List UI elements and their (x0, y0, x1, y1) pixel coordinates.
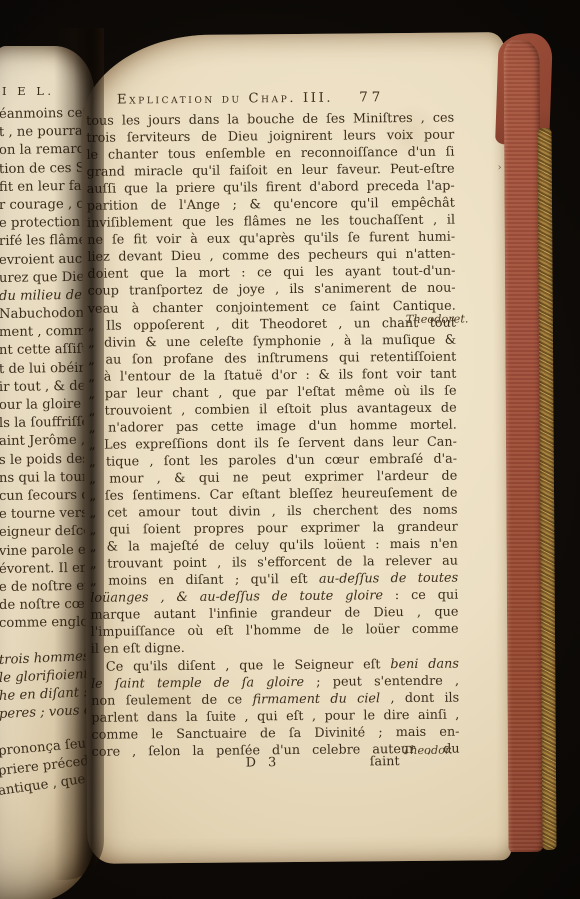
left-page-text-fragment: t de lui obéir ; m (0, 359, 94, 379)
left-page-text-fragment: our la gloire de le (0, 396, 94, 416)
catchword: ſaint (370, 753, 400, 770)
left-page-text-fragment: on la remarque d'u (0, 141, 94, 161)
left-page-text-fragment: évorent. Il emp (0, 559, 94, 579)
left-page-text-fragment: ir tout , & de ſe (0, 377, 94, 397)
right-page: Explication du Chap. III. 77 tous les jo… (80, 32, 511, 864)
left-page-text-fragment: e de noſtre enne (0, 578, 94, 598)
left-page-text-fragment: fit en leur faveur , c (0, 177, 94, 197)
left-page-text-fragment: ls la ſouffriſſent. (0, 414, 94, 434)
page-number: 77 (359, 89, 384, 105)
left-page-text-fragment: vine parole effe (0, 541, 94, 561)
left-page: I E L. éanmoins cette eſpt , ne pourra l… (0, 46, 94, 899)
margin-mark: › (498, 162, 502, 173)
running-title: Explication du Chap. III. (117, 91, 333, 108)
left-page-text-fragment: cun ſecours de (0, 487, 94, 507)
signature-line: D 3 ſaint (92, 753, 460, 773)
left-page-text-fragment: r courage , comm (0, 196, 94, 216)
right-page-text-block: tous les jours dans la bouche de ſes Min… (86, 110, 460, 761)
left-page-text-fragment: s le poids des te (0, 450, 94, 470)
left-page-text-fragment: eigneur deſcend (0, 523, 94, 543)
left-page-text-fragment: tion de ces Saints h (0, 159, 94, 179)
left-page-text-fragment: t , ne pourra leur r (0, 123, 94, 143)
left-page-text-fragment: rifé les flâmes qu (0, 232, 94, 252)
signature-mark: D 3 (246, 754, 281, 771)
margin-note-theodoret: Theodoret. (406, 312, 469, 326)
left-page-text-fragment: evroient aucun m (0, 250, 94, 270)
left-page-text-fragment: urez que Dieu éto (0, 268, 94, 288)
left-page-text-column: éanmoins cette eſpt , ne pourra leur ron… (0, 106, 94, 797)
left-page-text-fragment: nt cette aſſiſtance (0, 341, 94, 361)
left-page-text-fragment: e protection du Sei (0, 214, 94, 234)
left-page-text-fragment: comme englouti (0, 614, 94, 634)
left-page-text-fragment: éanmoins cette eſp (0, 105, 94, 125)
left-page-text-fragment: de noſtre cœur (0, 596, 94, 616)
book-photo: I E L. éanmoins cette eſpt , ne pourra l… (0, 0, 580, 899)
left-page-running-title: I E L. (2, 84, 55, 98)
left-page-text-fragment: Nabuchodonoſor , (0, 305, 94, 325)
left-page-text-fragment: peres ; vous eſtes (0, 702, 94, 724)
right-page-header: Explication du Chap. III. 77 (117, 88, 497, 107)
left-page-text-fragment: du milieu de la fo (0, 287, 94, 307)
left-page-text-fragment: aint Jerôme , qu (0, 432, 94, 452)
left-page-text-fragment: ns qui la tourne (0, 468, 94, 488)
left-page-text-fragment: ment , comme on (0, 323, 94, 343)
left-page-text-fragment: e tourne vers D (0, 505, 94, 525)
